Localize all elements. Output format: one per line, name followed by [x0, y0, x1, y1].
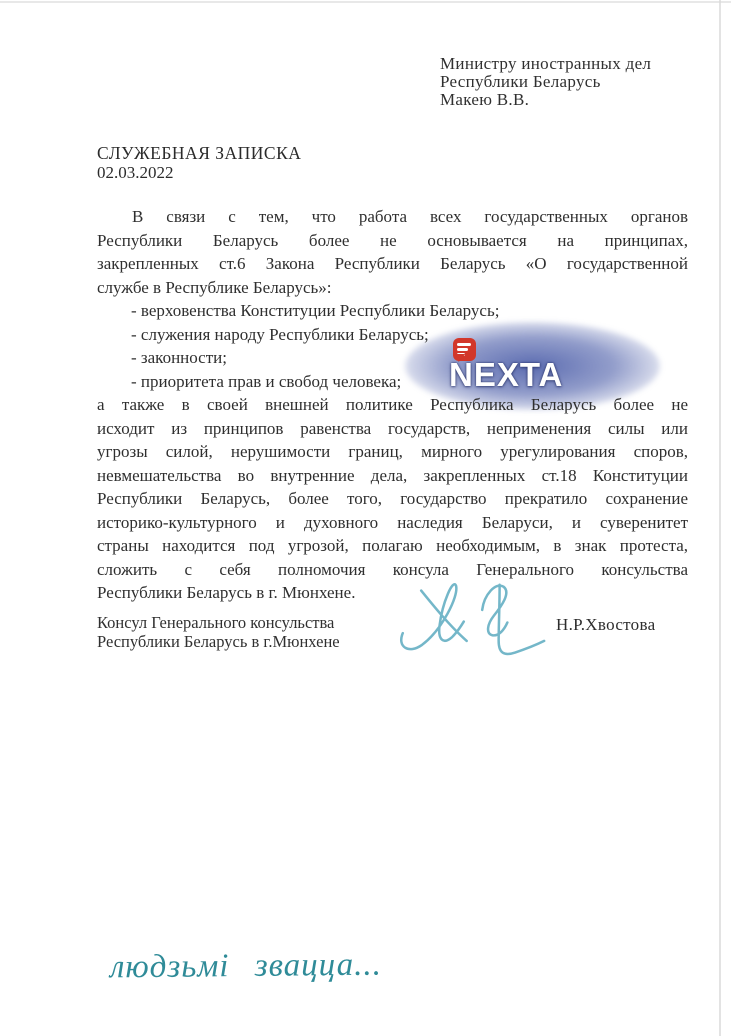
body-text-line: Республики Беларусь, более того, государ…	[97, 487, 688, 511]
nexta-watermark: NEXTA	[449, 338, 563, 376]
handwritten-note: людзьмі звацца...	[110, 947, 382, 987]
body-text-line: В связи с тем, что работа всех государст…	[97, 205, 688, 229]
body-text-line: сложить с себя полномочия консула Генера…	[97, 558, 688, 582]
body-text-line: Республики Беларусь более не основываетс…	[97, 229, 688, 253]
recipient-line-2: Республики Беларусь	[440, 73, 651, 91]
memo-date: 02.03.2022	[97, 163, 174, 183]
body-text-line: исходит из принципов равенства государст…	[97, 417, 688, 441]
signer-name: Н.Р.Хвостова	[556, 615, 655, 635]
body-text-line: - законности;	[97, 346, 688, 370]
signature-stroke	[401, 584, 544, 654]
body-text-line: угрозы силой, нерушимости границ, мирног…	[97, 440, 688, 464]
scan-right-edge	[719, 0, 721, 1036]
body-text-line: невмешательства во внутренние дела, закр…	[97, 464, 688, 488]
signer-position-block: Консул Генерального консульства Республи…	[97, 614, 340, 651]
recipient-line-1: Министру иностранных дел	[440, 55, 651, 73]
body-text-line: - верховенства Конституции Республики Бе…	[97, 299, 688, 323]
body-text-line: а также в своей внешней политике Республ…	[97, 393, 688, 417]
body-text-line: - приоритета прав и свобод человека;	[97, 370, 688, 394]
signer-position-line-2: Республики Беларусь в г.Мюнхене	[97, 633, 340, 652]
body-text-line: закрепленных ст.6 Закона Республики Бела…	[97, 252, 688, 276]
memo-title: СЛУЖЕБНАЯ ЗАПИСКА	[97, 143, 301, 164]
body-text-line: - служения народу Республики Беларусь;	[97, 323, 688, 347]
signature-scribble	[395, 577, 550, 669]
scan-top-edge	[0, 1, 731, 3]
nexta-watermark-text: NEXTA	[449, 356, 563, 394]
nexta-icon-bar	[457, 348, 468, 351]
body-text-line: историко-культурного и духовного наследи…	[97, 511, 688, 535]
nexta-icon-bar	[457, 343, 471, 346]
body-text-line: Республики Беларусь в г. Мюнхене.	[97, 581, 688, 605]
body-text-line: страны находится под угрозой, полагаю не…	[97, 534, 688, 558]
memo-body: В связи с тем, что работа всех государст…	[97, 205, 688, 605]
signer-position-line-1: Консул Генерального консульства	[97, 614, 340, 633]
recipient-block: Министру иностранных дел Республики Бела…	[440, 55, 651, 109]
recipient-line-3: Макею В.В.	[440, 91, 651, 109]
document-page: Министру иностранных дел Республики Бела…	[0, 0, 731, 1036]
body-text-line: службе в Республике Беларусь»:	[97, 276, 688, 300]
